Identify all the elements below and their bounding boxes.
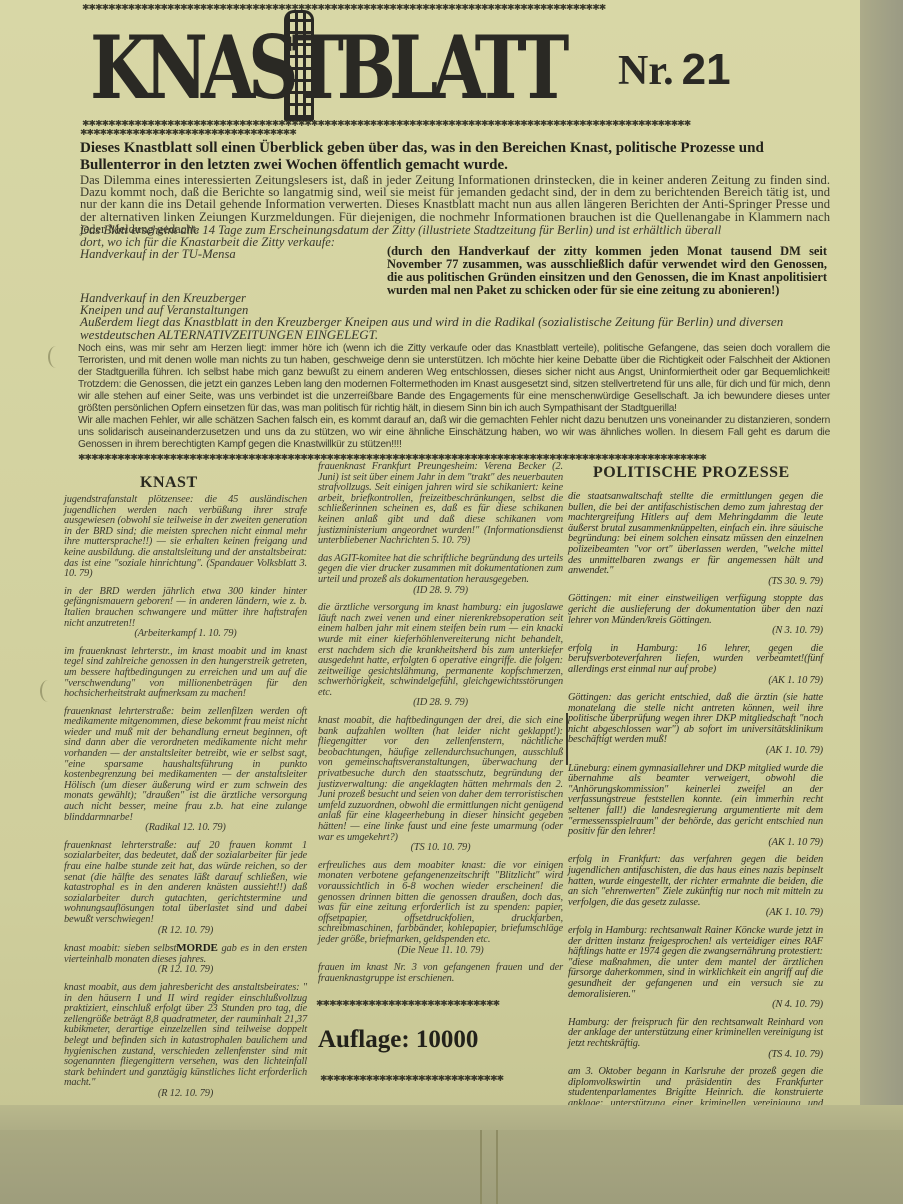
star-border-mast-2: ✱✱✱✱✱✱✱✱✱✱✱✱✱✱✱✱✱✱✱✱✱✱✱✱✱✱✱✱✱✱✱✱✱ xyxy=(80,129,340,137)
news-text: frauenknast lehrterstraße: auf 20 frauen… xyxy=(64,840,307,925)
distribution-line-3: Handverkauf in der TU-Mensa xyxy=(80,248,236,260)
news-item: das AGIT-komitee hat die schriftliche be… xyxy=(318,554,563,596)
news-item: frauenknast lehrterstraße: beim zellenfi… xyxy=(64,707,307,834)
news-text: Göttingen: mit einer einstweiligen verfü… xyxy=(568,593,823,625)
news-source: (R 12. 10. 79) xyxy=(64,965,307,976)
column-rule xyxy=(566,713,568,765)
news-item: erfreuliches aus dem moabiter knast: die… xyxy=(318,861,563,956)
news-source: (TS 30. 9. 79) xyxy=(568,577,823,588)
highlight-word: MORDE xyxy=(176,942,217,954)
news-text: im frauenknast lehrterstr., im knast moa… xyxy=(64,646,307,699)
news-item: knast moabit: sieben selbstMORDE gab es … xyxy=(64,943,307,976)
news-source: (N 4. 10. 79) xyxy=(568,1000,823,1011)
news-item: Hamburg: der freispruch für den rechtsan… xyxy=(568,1018,823,1060)
prison-bars-icon xyxy=(284,10,314,121)
handverkauf-note: (durch den Handverkauf der zitty kommen … xyxy=(387,245,827,297)
news-text: frauen im knast Nr. 3 von gefangenen fra… xyxy=(318,962,563,984)
news-source: (ID 28. 9. 79) xyxy=(318,586,563,597)
knast-column-left: jugendstrafanstalt plötzensee: die 45 au… xyxy=(64,495,307,1106)
news-source: (TS 10. 10. 79) xyxy=(318,843,563,854)
news-item: die staatsanwaltschaft stellte die ermit… xyxy=(568,492,823,587)
star-border-circulation-top: ✱✱✱✱✱✱✱✱✱✱✱✱✱✱✱✱✱✱✱✱✱✱✱✱✱✱✱✱ xyxy=(316,1000,536,1008)
lead-paragraph: Dieses Knastblatt soll einen Überblick g… xyxy=(80,140,830,174)
prozesse-column: die staatsanwaltschaft stellte die ermit… xyxy=(568,492,823,1169)
news-item: in der BRD werden jährlich etwa 300 kind… xyxy=(64,587,307,640)
news-item: die ärztliche versorgung im knast hambur… xyxy=(318,603,563,709)
star-border-mast-1: ✱✱✱✱✱✱✱✱✱✱✱✱✱✱✱✱✱✱✱✱✱✱✱✱✱✱✱✱✱✱✱✱✱✱✱✱✱✱✱✱… xyxy=(82,120,822,128)
editorial-body: Noch eins, was mir sehr am Herzen liegt:… xyxy=(78,343,830,451)
news-text: erfolg in Hamburg: rechtsanwalt Rainer K… xyxy=(568,925,823,1000)
news-item: Lüneburg: einem gymnasiallehrer und DKP … xyxy=(568,764,823,849)
editorial-paragraph: Wir alle machen Fehler, wir alle schätze… xyxy=(78,415,830,451)
news-source: (AK 1. 10. 79) xyxy=(568,746,823,757)
news-text: erfolg in Hamburg: 16 lehrer, gegen die … xyxy=(568,643,823,675)
news-text: frauenknast Frankfurt Preungesheim: Vere… xyxy=(318,461,563,546)
news-text: erfreuliches aus dem moabiter knast: die… xyxy=(318,860,563,945)
issue-value: 21 xyxy=(682,45,731,94)
news-text: jugendstrafanstalt plötzensee: die 45 au… xyxy=(64,494,307,579)
news-text: das AGIT-komitee hat die schriftliche be… xyxy=(318,553,563,585)
news-item: Göttingen: mit einer einstweiligen verfü… xyxy=(568,594,823,636)
news-source: (AK 1. 10. 79) xyxy=(568,908,823,919)
news-text: die ärztliche versorgung im knast hambur… xyxy=(318,602,563,698)
news-source: (R 12. 10. 79) xyxy=(64,1089,307,1100)
news-source: (TS 4. 10. 79) xyxy=(568,1050,823,1061)
news-item: Göttingen: das gericht entschied, daß di… xyxy=(568,693,823,757)
wall-background-lower xyxy=(0,1130,903,1204)
punch-hole xyxy=(40,680,56,702)
alternative-newspapers-note: Außerdem liegt das Knastblatt in den Kre… xyxy=(80,316,830,341)
news-item: jugendstrafanstalt plötzensee: die 45 au… xyxy=(64,495,307,580)
news-text: Lüneburg: einem gymnasiallehrer und DKP … xyxy=(568,763,823,838)
news-item: frauen im knast Nr. 3 von gefangenen fra… xyxy=(318,963,563,984)
news-text: erfolg in Frankfurt: das verfahren gegen… xyxy=(568,854,823,907)
news-source: (AK 1. 10 79) xyxy=(568,838,823,849)
news-source: (Arbeiterkampf 1. 10. 79) xyxy=(64,629,307,640)
news-text: frauenknast lehrterstraße: beim zellenfi… xyxy=(64,706,307,823)
wall-post xyxy=(480,1130,498,1204)
news-text: Hamburg: der freispruch für den rechtsan… xyxy=(568,1017,823,1049)
issue-label: Nr. xyxy=(618,48,674,94)
news-item: frauenknast Frankfurt Preungesheim: Vere… xyxy=(318,462,563,547)
news-source: (R 12. 10. 79) xyxy=(64,926,307,937)
news-source: (AK 1. 10 79) xyxy=(568,676,823,687)
issue-number: Nr.21 xyxy=(618,45,731,95)
news-text: Göttingen: das gericht entschied, daß di… xyxy=(568,692,823,745)
section-title-knast: KNAST xyxy=(140,474,198,492)
news-source: (N 3. 10. 79) xyxy=(568,626,823,637)
news-item: erfolg in Hamburg: rechtsanwalt Rainer K… xyxy=(568,926,823,1011)
punch-hole xyxy=(48,346,64,368)
news-item: im frauenknast lehrterstr., im knast moa… xyxy=(64,647,307,700)
news-item: erfolg in Frankfurt: das verfahren gegen… xyxy=(568,855,823,919)
news-text: knast moabit, aus dem jahresbericht des … xyxy=(64,982,307,1088)
news-source: (Die Neue 11. 10. 79) xyxy=(318,946,563,957)
star-border-circulation-bottom: ✱✱✱✱✱✱✱✱✱✱✱✱✱✱✱✱✱✱✱✱✱✱✱✱✱✱✱✱ xyxy=(320,1075,535,1083)
editorial-paragraph: Noch eins, was mir sehr am Herzen liegt:… xyxy=(78,343,830,415)
news-item: frauenknast lehrterstraße: auf 20 frauen… xyxy=(64,841,307,936)
news-text: knast moabit, die haftbedingungen der dr… xyxy=(318,715,563,843)
news-source: (ID 28. 9. 79) xyxy=(318,698,563,709)
news-item: erfolg in Hamburg: 16 lehrer, gegen die … xyxy=(568,644,823,686)
wall-background xyxy=(0,1105,903,1133)
circulation-label: Auflage: 10000 xyxy=(318,1026,478,1054)
section-title-prozesse: POLITISCHE PROZESSE xyxy=(593,464,790,482)
news-text: die staatsanwaltschaft stellte die ermit… xyxy=(568,491,823,576)
news-item: knast moabit, die haftbedingungen der dr… xyxy=(318,716,563,854)
masthead-title: KNASTBLATT xyxy=(90,0,390,138)
newspaper-page: ✱✱✱✱✱✱✱✱✱✱✱✱✱✱✱✱✱✱✱✱✱✱✱✱✱✱✱✱✱✱✱✱✱✱✱✱✱✱✱✱… xyxy=(0,0,860,1110)
news-text: in der BRD werden jährlich etwa 300 kind… xyxy=(64,586,307,629)
news-item: knast moabit, aus dem jahresbericht des … xyxy=(64,983,307,1100)
news-source: (Radikal 12. 10. 79) xyxy=(64,823,307,834)
knast-column-middle: frauenknast Frankfurt Preungesheim: Vere… xyxy=(318,462,563,991)
